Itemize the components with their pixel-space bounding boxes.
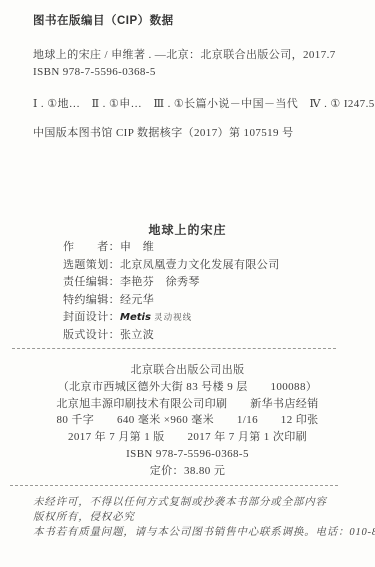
format-line: 80 千字 640 毫米 ×960 毫米 1/16 12 印张 bbox=[0, 412, 375, 429]
credit-label: 责任编辑： bbox=[63, 276, 120, 288]
cip-isbn-line: ISBN 978-7-5596-0368-5 bbox=[33, 66, 156, 78]
credit-label: 选题策划： bbox=[63, 259, 120, 271]
metis-logo: Metis bbox=[120, 312, 151, 323]
credit-value: 张立波 bbox=[120, 329, 154, 341]
credit-value: 北京凤凰壹力文化发展有限公司 bbox=[120, 259, 280, 271]
publication-info: 北京联合出版公司出版 （北京市西城区德外大街 83 号楼 9 层 100088）… bbox=[0, 362, 375, 480]
notice-quality-line: 本书若有质量问题，请与本公司图书销售中心联系调换。电话：010-85376701 bbox=[33, 526, 375, 541]
credit-contributing-editor: 特约编辑：经元华 bbox=[63, 292, 280, 310]
price-line: 定价：38.80 元 bbox=[0, 463, 375, 480]
credit-value: 经元华 bbox=[120, 294, 154, 306]
credit-planning: 选题策划：北京凤凰壹力文化发展有限公司 bbox=[63, 257, 280, 275]
publisher-line: 北京联合出版公司出版 bbox=[0, 362, 375, 379]
credit-author: 作 者：申 维 bbox=[63, 239, 280, 257]
credit-label: 版式设计： bbox=[63, 329, 120, 341]
credit-layout-design: 版式设计：张立波 bbox=[63, 327, 280, 345]
isbn-line: ISBN 978-7-5596-0368-5 bbox=[0, 446, 375, 463]
notice-rights-line: 版权所有，侵权必究 bbox=[33, 511, 375, 526]
dashed-separator-top bbox=[12, 348, 336, 349]
credit-responsible-editor: 责任编辑：李艳芬 徐秀琴 bbox=[63, 274, 280, 292]
cip-heading: 图书在版编目（CIP）数据 bbox=[33, 12, 174, 28]
edition-line: 2017 年 7 月第 1 版 2017 年 7 月第 1 次印刷 bbox=[0, 429, 375, 446]
credit-value: 申 维 bbox=[120, 241, 154, 253]
cip-title-line: 地球上的宋庄 / 申维著 . —北京：北京联合出版公司，2017.7 bbox=[33, 46, 336, 62]
credit-cover-design: 封面设计：Metis 灵动视线 bbox=[63, 309, 280, 327]
notice-no-copy-line: 未经许可，不得以任何方式复制或抄袭本书部分或全部内容 bbox=[33, 496, 375, 511]
book-title: 地球上的宋庄 bbox=[0, 221, 375, 238]
credits-list: 作 者：申 维 选题策划：北京凤凰壹力文化发展有限公司 责任编辑：李艳芬 徐秀琴… bbox=[63, 239, 280, 345]
metis-logo-suffix: 灵动视线 bbox=[154, 312, 192, 322]
copyright-page: 图书在版编目（CIP）数据 地球上的宋庄 / 申维著 . —北京：北京联合出版公… bbox=[0, 0, 375, 567]
publisher-address-line: （北京市西城区德外大街 83 号楼 9 层 100088） bbox=[0, 379, 375, 396]
dashed-separator-bottom bbox=[10, 485, 338, 486]
credit-label: 封面设计： bbox=[63, 311, 120, 323]
copyright-notice: 未经许可，不得以任何方式复制或抄袭本书部分或全部内容 版权所有，侵权必究 本书若… bbox=[33, 496, 375, 540]
credit-value: 李艳芬 徐秀琴 bbox=[120, 276, 200, 288]
credit-label: 作 者： bbox=[63, 241, 120, 253]
cip-record-number-line: 中国版本图书馆 CIP 数据核字（2017）第 107519 号 bbox=[33, 124, 294, 140]
cip-classification-line: Ⅰ . ①地… Ⅱ . ①申… Ⅲ . ①长篇小说－中国－当代 Ⅳ . ① I2… bbox=[33, 95, 375, 111]
printer-distributor-line: 北京旭丰源印刷技术有限公司印刷 新华书店经销 bbox=[0, 396, 375, 413]
credit-label: 特约编辑： bbox=[63, 294, 120, 306]
